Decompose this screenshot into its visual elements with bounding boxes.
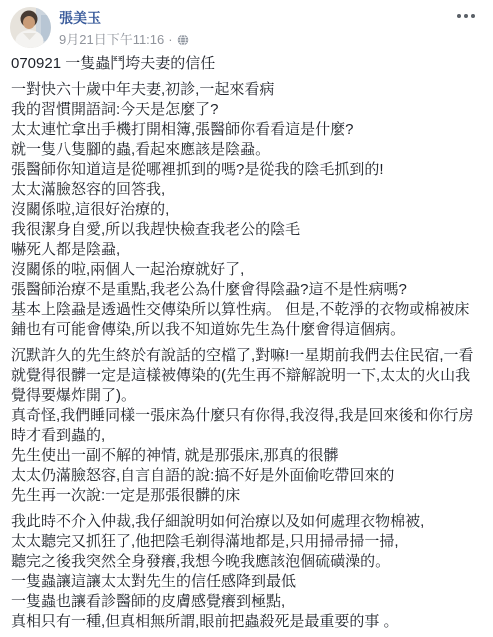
ellipsis-dot: [457, 14, 461, 18]
author-link[interactable]: 張美玉: [59, 10, 101, 26]
ellipsis-dot: [464, 14, 468, 18]
post-paragraph: 070921 一隻蟲鬥垮夫妻的信任: [11, 54, 481, 74]
avatar[interactable]: [10, 7, 51, 48]
post-menu-button[interactable]: [455, 10, 477, 22]
post-body: 070921 一隻蟲鬥垮夫妻的信任一對快六十歲中年夫妻,初診,一起來看病 我的習…: [0, 48, 493, 632]
post-paragraph: 沉默許久的先生終於有說話的空檔了,對嘛!一星期前我們去住民宿,一看就覺得很髒一定…: [11, 346, 481, 506]
header-text: 張美玉 9月21日下午11:16 ·: [59, 7, 189, 47]
facebook-post: 張美玉 9月21日下午11:16 · 07: [0, 0, 493, 637]
meta-separator: ·: [168, 32, 172, 47]
globe-icon: [177, 34, 189, 46]
ellipsis-dot: [471, 14, 475, 18]
post-header: 張美玉 9月21日下午11:16 ·: [0, 0, 493, 48]
post-paragraph: 一對快六十歲中年夫妻,初診,一起來看病 我的習慣開語詞:今天是怎麼了? 太太連忙…: [11, 80, 481, 340]
post-meta: 9月21日下午11:16 ·: [59, 32, 189, 47]
avatar-photo: [10, 7, 51, 48]
timestamp[interactable]: 9月21日下午11:16: [59, 32, 164, 47]
post-paragraph: 我此時不介入仲裁,我仔細說明如何治療以及如何處理衣物棉被, 太太聽完又抓狂了,他…: [11, 512, 481, 632]
